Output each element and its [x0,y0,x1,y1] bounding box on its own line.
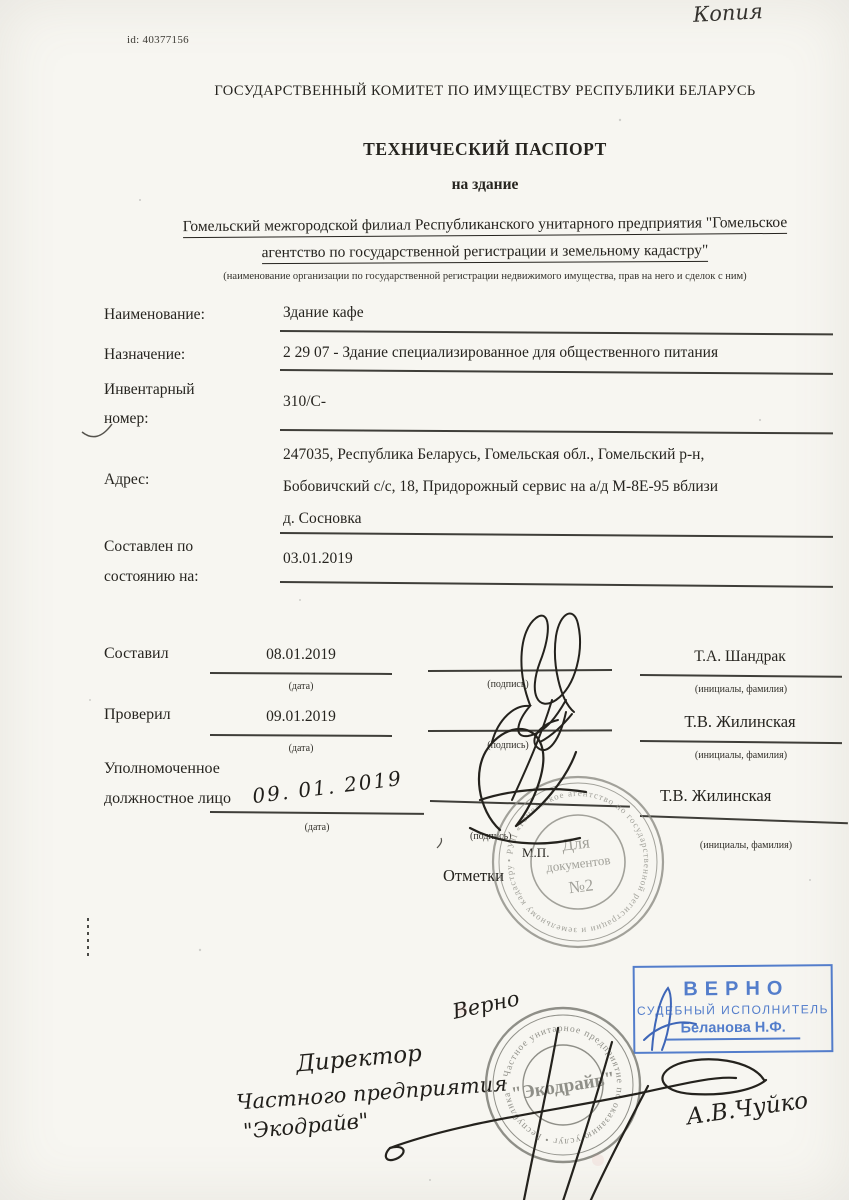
sig-row2-sign-caption: (подпись) [428,740,588,751]
doc-stamp-line3: №2 [568,875,595,897]
rule-purpose [280,369,833,374]
sig-row2-name: Т.В. Жилинская [640,712,840,732]
rule-row2-signature [428,729,612,731]
rule-row1-signature [428,669,612,672]
sig-row2-date-caption: (дата) [210,743,392,754]
sig-row3-date-caption: (дата) [210,822,424,833]
rule-compiled [280,581,833,587]
field-value-name: Здание кафе [283,304,364,322]
organization-name-line2: агентство по государственной регистрации… [105,241,849,265]
sig-row2-name-caption: (инициалы, фамилия) [640,750,842,761]
field-value-address-1: 247035, Республика Беларусь, Гомельская … [283,446,704,464]
sig-row3-date-handwritten: 09. 01. 2019 [251,766,404,808]
mp-label: М.П. [522,845,549,861]
field-label-address: Адрес: [104,471,149,489]
rule-inventory [280,429,833,434]
scanned-document-page: id: 40377156 Копия ГОСУДАРСТВЕННЫЙ КОМИТ… [0,0,849,1200]
sig-row3-name: Т.В. Жилинская [660,786,771,806]
rule-row2-name [640,740,842,744]
blue-stamp-name: Беланова Н.Ф. [667,1019,800,1040]
doc-stamp-line2: документов [545,852,611,875]
sig-row3-label-1: Уполномоченное [104,760,220,778]
field-label-purpose: Назначение: [104,346,185,364]
rule-row2-date [210,734,392,737]
blue-stamp-bailiff: СУДЕБНЫЙ ИСПОЛНИТЕЛЬ [637,1002,829,1018]
sig-row2-label: Проверил [104,706,171,724]
field-value-compiled: 03.01.2019 [283,550,353,568]
eco-stamp-ring-text: • Частное унитарное предприятие по оказа… [0,0,624,1146]
sig-row1-sign-caption: (подпись) [428,679,588,690]
sig-row3-label-2: должностное лицо [104,790,231,808]
handwritten-company-type: Частного предприятия [235,1072,507,1115]
document-id: id: 40377156 [127,34,189,46]
sig-row1-name: Т.А. Шандрак [640,648,840,666]
field-label-compiled-1: Составлен по [104,538,193,556]
blue-stamp-verno: ВЕРНО [676,978,789,1002]
field-value-address-3: д. Сосновка [283,510,362,528]
organization-caption: (наименование организации по государстве… [105,271,849,282]
marks-label: Отметки [443,866,504,886]
sig-row1-label: Составил [104,645,169,663]
field-value-purpose: 2 29 07 - Здание специализированное для … [283,344,718,362]
sig-row1-date-caption: (дата) [210,681,392,692]
field-label-inventory-2: номер: [104,410,149,428]
rule-row1-date [210,672,392,675]
handwritten-verno: Верно [450,986,521,1024]
sig-row1-date: 08.01.2019 [210,646,392,664]
svg-text:• Частное унитарное предприяти: • Частное унитарное предприятие по оказа… [0,0,624,1146]
eco-stamp-center: "Экодрайв" [510,1068,617,1105]
organization-name-line1: Гомельский межгородской филиал Республик… [105,213,849,238]
sig-row3-name-caption: (инициалы, фамилия) [645,840,847,851]
handwritten-copy-note: Копия [692,0,763,27]
field-label-compiled-2: состоянию на: [104,568,199,586]
blue-verification-stamp: ВЕРНО СУДЕБНЫЙ ИСПОЛНИТЕЛЬ Беланова Н.Ф. [633,964,834,1054]
field-label-name: Наименование: [104,306,205,324]
sig-row3-sign-caption: (подпись) [470,831,512,842]
sig-row2-date: 09.01.2019 [210,708,392,726]
sig-row1-name-caption: (инициалы, фамилия) [640,684,842,695]
rule-row3-signature [430,800,630,807]
handwritten-director: Директор [295,1041,423,1078]
handwritten-company-name: "Экодрайв" [242,1109,369,1144]
rule-row3-name [640,815,848,824]
committee-header: ГОСУДАРСТВЕННЫЙ КОМИТЕТ ПО ИМУЩЕСТВУ РЕС… [105,83,849,100]
field-label-inventory-1: Инвентарный [104,381,195,399]
field-value-inventory: 310/С- [283,393,326,411]
field-value-address-2: Бобовичский с/с, 18, Придорожный сервис … [283,478,718,496]
rule-row3-date [210,811,424,814]
rule-name [280,330,833,335]
rule-address [280,532,833,537]
handwritten-signature-name: А.В.Чуйко [685,1088,810,1131]
page-subtitle: на здание [105,176,849,194]
rule-row1-name [640,674,842,677]
doc-stamp-line1: Для [561,832,591,854]
page-title: ТЕХНИЧЕСКИЙ ПАСПОРТ [105,139,849,160]
